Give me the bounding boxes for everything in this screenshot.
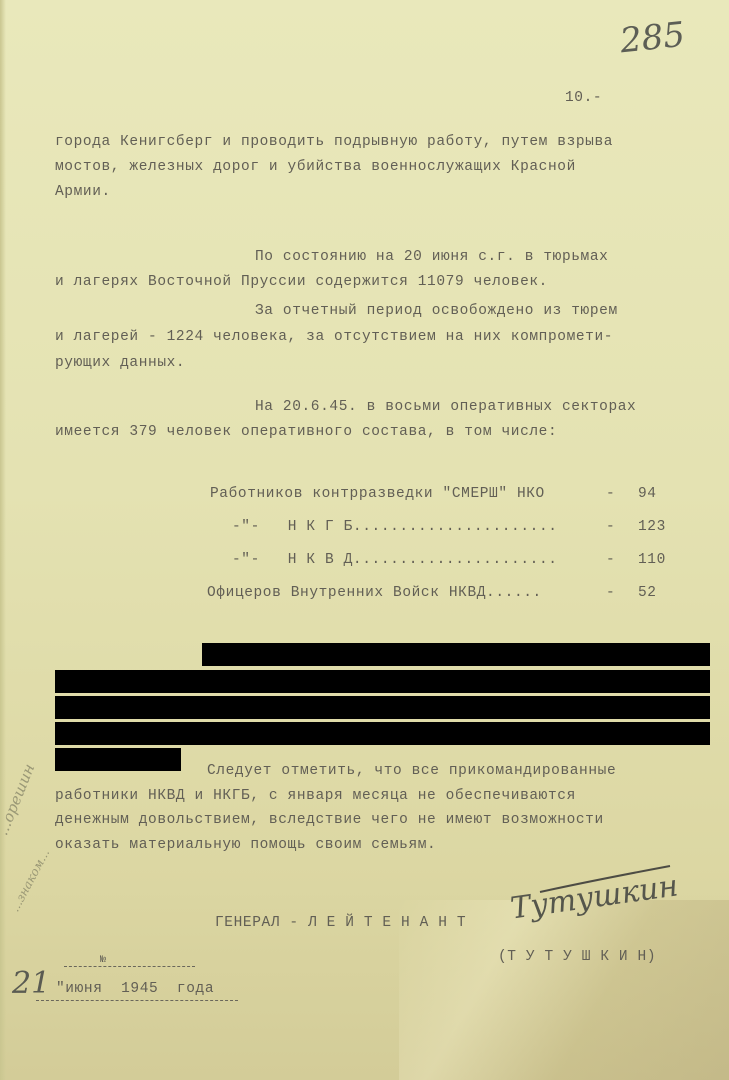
staff-value: 94 [638,483,657,505]
redaction-bar [55,696,710,719]
paper-left-edge [0,0,6,1080]
staff-label: Офицеров Внутренних Войск НКВД...... [207,582,542,604]
margin-note: ...знаком... [8,847,53,914]
redaction-bar [55,748,181,771]
paragraph-2-line-2: и лагерях Восточной Пруссии содержится 1… [55,271,548,293]
document-number-label: № [100,950,107,972]
staff-label: -"- Н К Г Б...................... [232,516,558,538]
staff-label: Работников контрразведки "СМЕРШ" НКО [210,483,545,505]
page-number: 10.- [565,87,602,109]
paragraph-4-line-2: имеется 379 человек оперативного состава… [55,421,557,443]
staff-value: 123 [638,516,666,538]
date-day-handwritten: 21 [12,966,50,1001]
paragraph-5-line-2: работники НКВД и НКГБ, с января месяца н… [55,785,576,807]
staff-dash: - [606,483,615,505]
paragraph-5-line-1: Следует отметить, что все прикомандирова… [207,760,616,782]
redaction-bar [202,643,710,666]
paragraph-5-line-3: денежным довольствием, вследствие чего н… [55,809,604,831]
staff-dash: - [606,549,615,571]
redaction-bar [55,670,710,693]
date-line [36,1000,238,1001]
paragraph-1-line-1: города Кенигсберг и проводить подрывную … [55,131,613,153]
signature-rank: ГЕНЕРАЛ - Л Е Й Т Е Н А Н Т [215,912,466,934]
paragraph-4-line-1: На 20.6.45. в восьми оперативных сектора… [255,396,636,418]
paragraph-1-line-2: мостов, железных дорог и убийства военно… [55,156,576,178]
date-text: "июня 1945 года [56,978,214,1000]
staff-value: 52 [638,582,657,604]
archive-page-number: 285 [618,15,687,62]
paragraph-3-line-1: За отчетный период освобождено из тюрем [255,300,618,322]
paragraph-1-line-3: Армии. [55,181,111,203]
paragraph-3-line-2: и лагерей - 1224 человека, за отсутствие… [55,326,613,348]
signature-name: (Т У Т У Ш К И Н) [498,946,656,968]
paragraph-5-line-4: оказать материальную помощь своим семьям… [55,834,436,856]
staff-value: 110 [638,549,666,571]
staff-dash: - [606,516,615,538]
paragraph-2-line-1: По состоянию на 20 июня с.г. в тюрьмах [255,246,608,268]
staff-dash: - [606,582,615,604]
staff-label: -"- Н К В Д...................... [232,549,558,571]
document-number-line [64,966,195,967]
paragraph-3-line-3: рующих данных. [55,352,185,374]
redaction-bar [55,722,710,745]
